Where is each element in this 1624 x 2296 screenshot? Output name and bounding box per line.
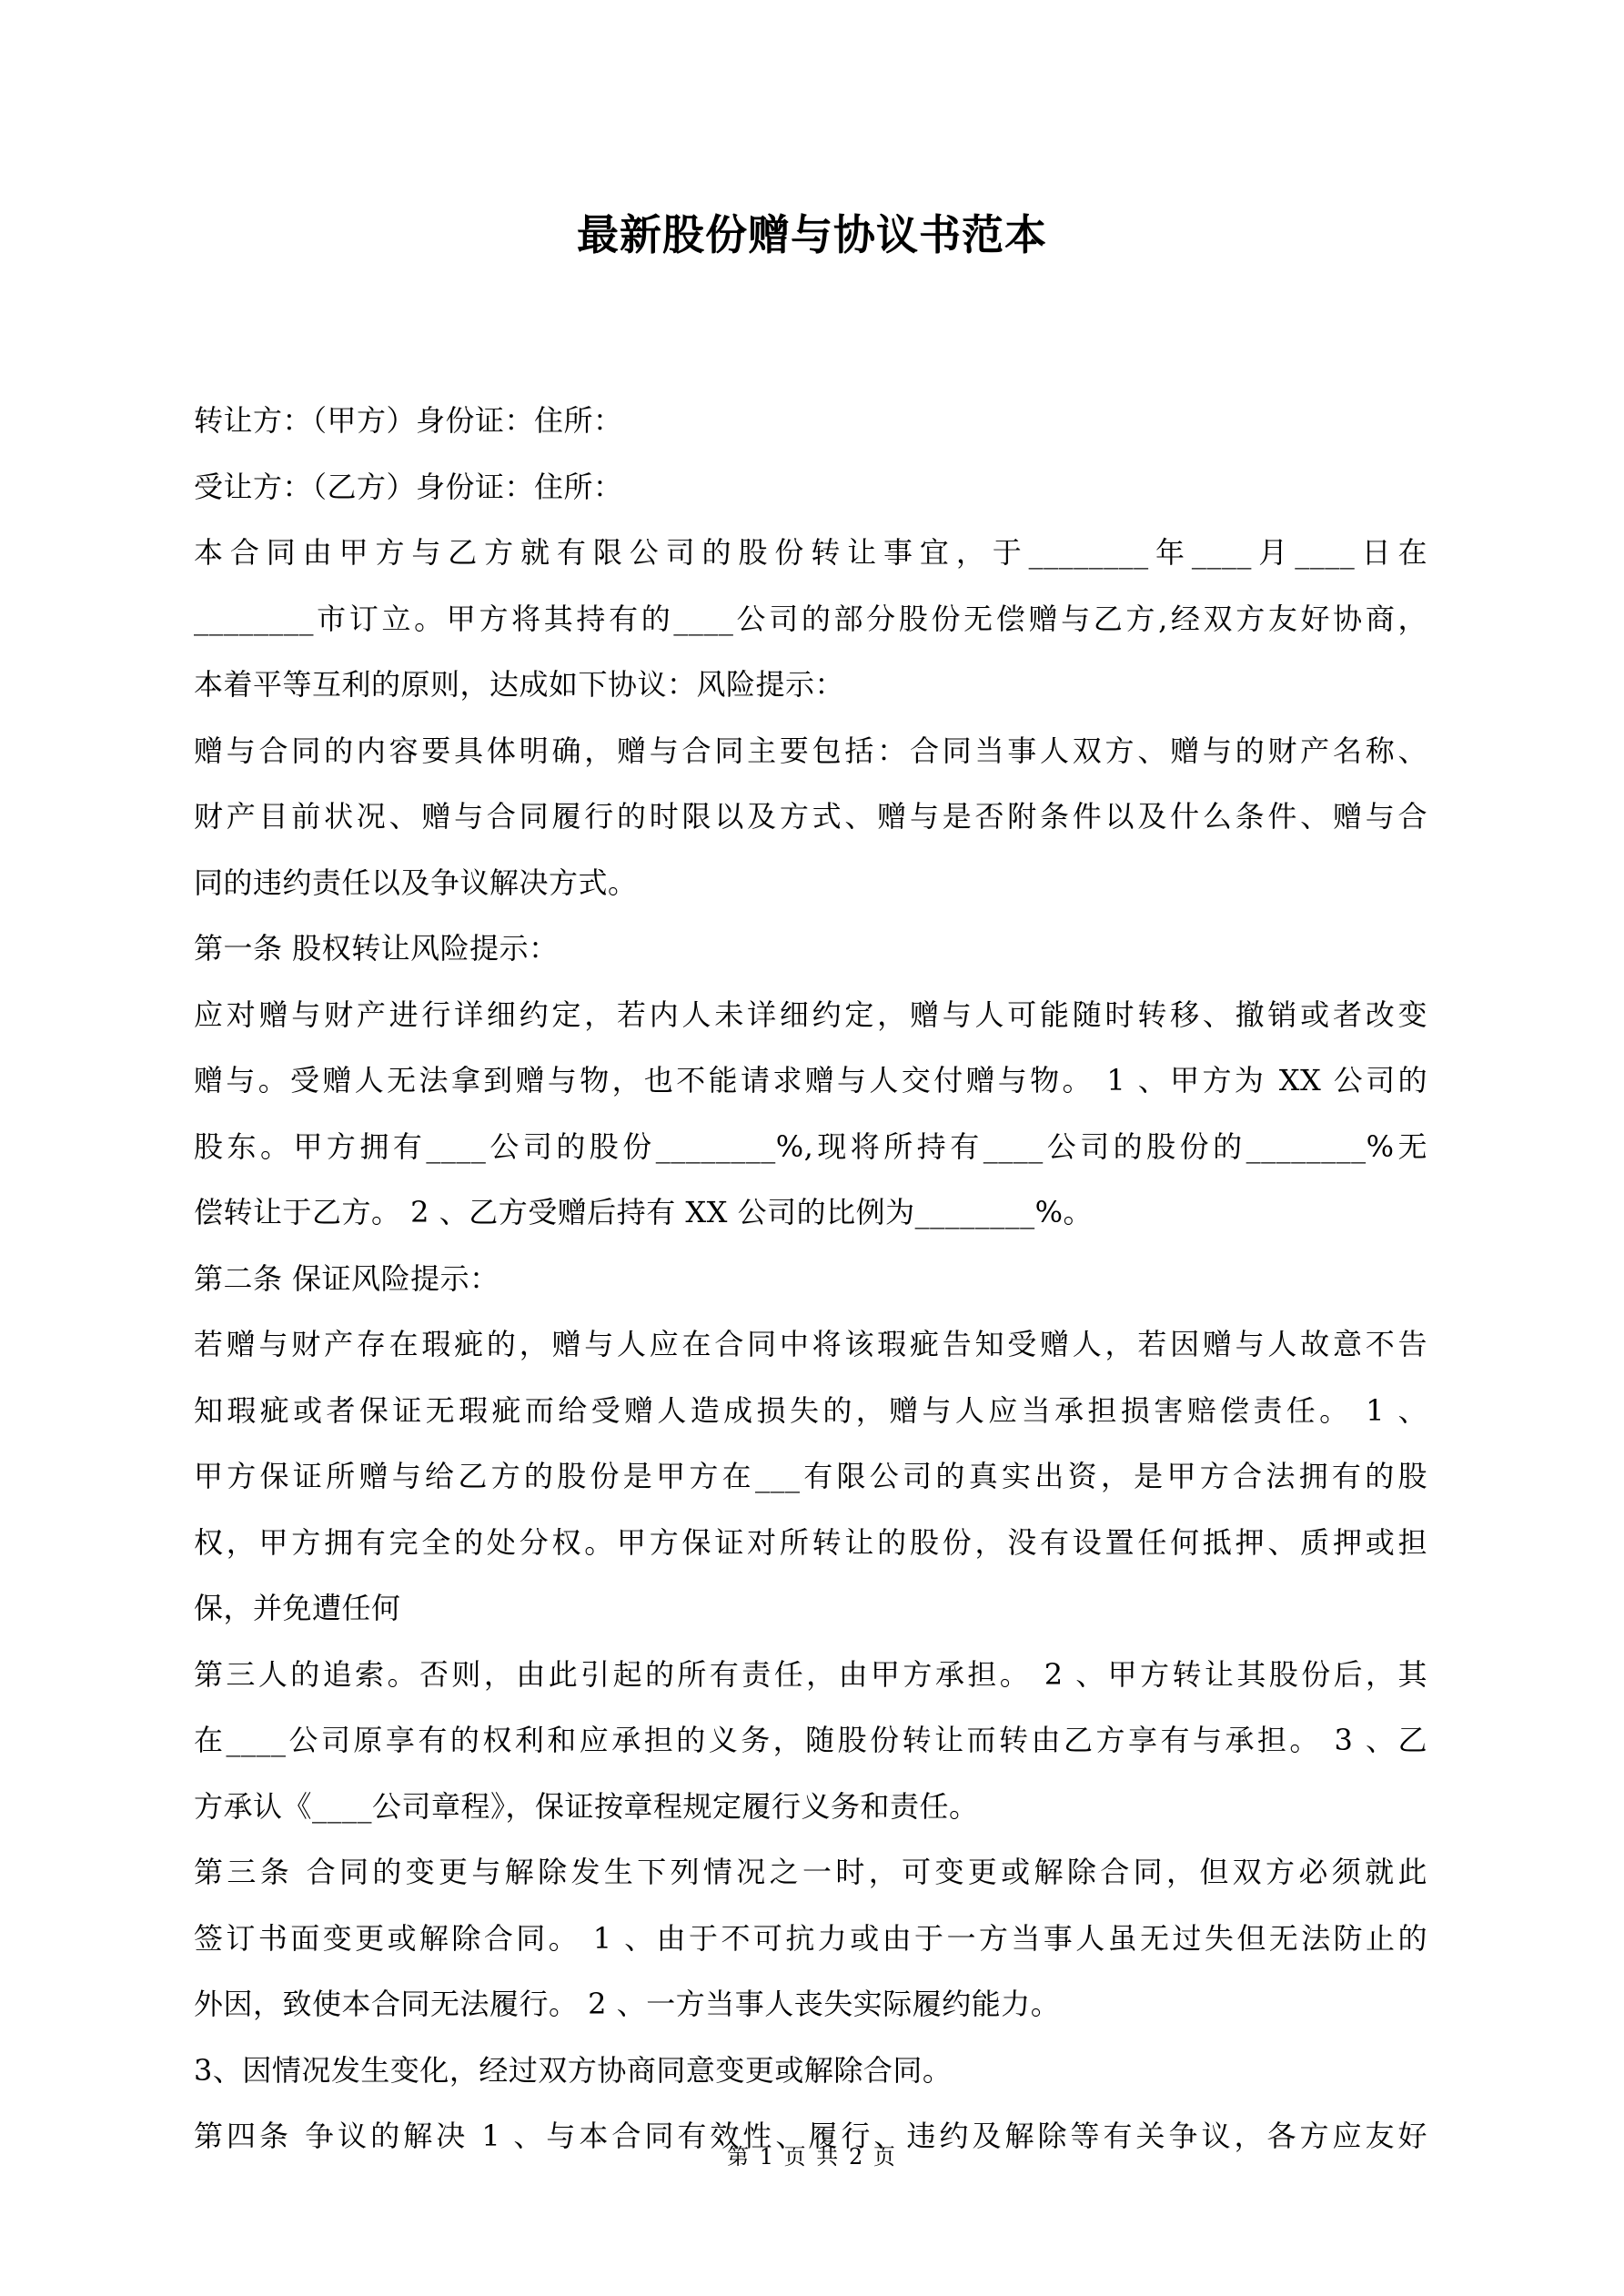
article-3-line: 第三条 合同的变更与解除发生下列情况之一时，可变更或解除合同，但双方必须就此 [194,1839,1427,1906]
article-3-line: 外因，致使本合同无法履行。 2 、一方当事人丧失实际履约能力。 [194,1971,1427,2038]
preamble-line: 本着平等互利的原则，达成如下协议：风险提示： [194,652,1427,718]
article-2-line: 方承认《____公司章程》，保证按章程规定履行义务和责任。 [194,1774,1427,1840]
page-number-footer: 第 1 页 共 2 页 [0,2142,1624,2171]
party-b-line: 受让方：（乙方）身份证：住所： [194,454,1427,521]
article-1-line: 偿转让于乙方。 2 、乙方受赠后持有 XX 公司的比例为________%。 [194,1179,1427,1246]
article-2-heading: 第二条 保证风险提示： [194,1246,1427,1312]
risk-note-line: 财产目前状况、赠与合同履行的时限以及方式、赠与是否附条件以及什么条件、赠与合 [194,784,1427,850]
article-1-line: 应对赠与财产进行详细约定，若内人未详细约定，赠与人可能随时转移、撤销或者改变 [194,982,1427,1048]
document-page: 最新股份赠与协议书范本 转让方：（甲方）身份证：住所： 受让方：（乙方）身份证：… [0,0,1624,2296]
article-2-line: 若赠与财产存在瑕疵的，赠与人应在合同中将该瑕疵告知受赠人，若因赠与人故意不告 [194,1311,1427,1378]
article-1-heading: 第一条 股权转让风险提示： [194,915,1427,982]
article-2-line: 在____公司原享有的权利和应承担的义务，随股份转让而转由乙方享有与承担。 3 … [194,1707,1427,1774]
preamble-line: 本合同由甲方与乙方就有限公司的股份转让事宜，于________年____月___… [194,520,1427,586]
article-2-line: 知瑕疵或者保证无瑕疵而给受赠人造成损失的，赠与人应当承担损害赔偿责任。 1 、 [194,1378,1427,1444]
article-3-line: 签订书面变更或解除合同。 1 、由于不可抗力或由于一方当事人虽无过失但无法防止的 [194,1906,1427,1972]
preamble-line: ________市订立。甲方将其持有的____公司的部分股份无偿赠与乙方,经双方… [194,586,1427,652]
document-title: 最新股份赠与协议书范本 [0,207,1624,262]
risk-note-line: 同的违约责任以及争议解决方式。 [194,850,1427,916]
article-1-line: 股东。甲方拥有____公司的股份________%,现将所持有____公司的股份… [194,1114,1427,1180]
article-3-line: 3、因情况发生变化，经过双方协商同意变更或解除合同。 [194,2038,1427,2104]
article-2-line: 第三人的追索。否则，由此引起的所有责任，由甲方承担。 2 、甲方转让其股份后，其 [194,1642,1427,1708]
article-2-line: 甲方保证所赠与给乙方的股份是甲方在___有限公司的真实出资，是甲方合法拥有的股 [194,1443,1427,1510]
article-1-line: 赠与。受赠人无法拿到赠与物，也不能请求赠与人交付赠与物。 1 、甲方为 XX 公… [194,1047,1427,1114]
risk-note-line: 赠与合同的内容要具体明确，赠与合同主要包括：合同当事人双方、赠与的财产名称、 [194,718,1427,784]
article-2-line: 权，甲方拥有完全的处分权。甲方保证对所转让的股份，没有设置任何抵押、质押或担 [194,1510,1427,1576]
article-2-line: 保，并免遭任何 [194,1575,1427,1642]
document-body: 转让方：（甲方）身份证：住所： 受让方：（乙方）身份证：住所： 本合同由甲方与乙… [194,388,1427,2170]
party-a-line: 转让方：（甲方）身份证：住所： [194,388,1427,454]
